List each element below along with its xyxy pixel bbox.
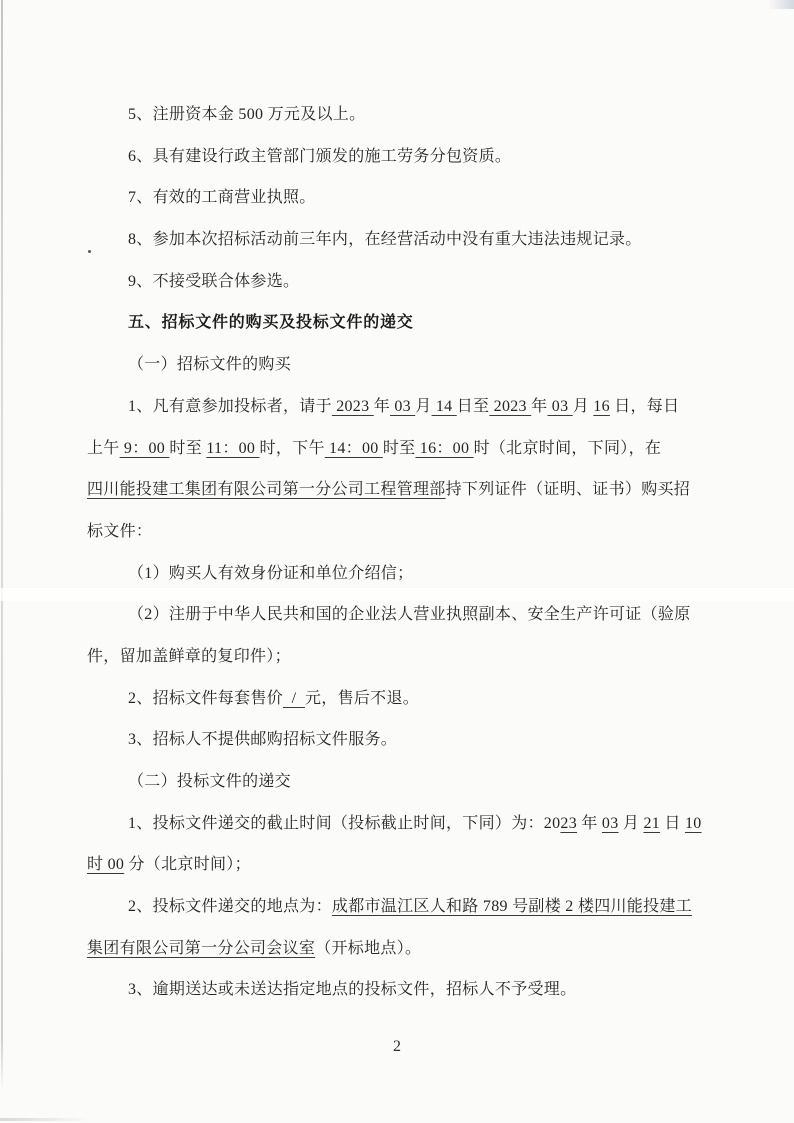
document-line: 2、投标文件递交的地点为：成都市温江区人和路 789 号副楼 2 楼四川能投建工 xyxy=(87,886,747,928)
text-segment: 5、注册资本金 500 万元及以上。 xyxy=(128,106,365,123)
document-line: 1、凡有意参加投标者，请于 2023 年 03 月 14 日至 2023 年 0… xyxy=(87,386,747,428)
document-line: 时 00 分（北京时间）； xyxy=(87,844,747,886)
document-line: 集团有限公司第一分公司会议室（开标地点）。 xyxy=(87,928,747,970)
text-segment: （1）购买人有效身份证和单位介绍信； xyxy=(128,565,413,582)
document-page: 5、注册资本金 500 万元及以上。6、具有建设行政主管部门颁发的施工劳务分包资… xyxy=(0,0,794,1123)
text-segment: 日至 xyxy=(457,398,490,415)
text-segment: 7、有效的工商营业执照。 xyxy=(128,189,316,206)
underlined-fill-value: 2023 xyxy=(489,398,531,415)
underlined-fill-value: 9：00 xyxy=(120,440,170,457)
scan-edge-artifact xyxy=(1,0,3,1092)
text-segment: （一）招标文件的购买 xyxy=(128,356,291,373)
underlined-fill-value: / xyxy=(283,690,305,707)
document-line: 四川能投建工集团有限公司第一分公司工程管理部持下列证件（证明、证书）购买招 xyxy=(87,469,747,511)
text-segment: 年 xyxy=(531,398,547,415)
underlined-fill-value: 集团有限公司第一分公司会议室 xyxy=(87,940,315,957)
underlined-fill-value: 16 xyxy=(593,398,610,415)
text-segment: 上午 xyxy=(87,440,120,457)
underlined-fill-value: 2023 xyxy=(332,398,374,415)
text-segment: （开标地点）。 xyxy=(315,940,421,957)
text-segment: 分（北京时间）； xyxy=(124,856,251,873)
text-segment: 1、凡有意参加投标者，请于 xyxy=(128,398,332,415)
document-line: 7、有效的工商营业执照。 xyxy=(87,177,747,219)
document-body: 5、注册资本金 500 万元及以上。6、具有建设行政主管部门颁发的施工劳务分包资… xyxy=(87,94,747,1011)
underlined-fill-value: 时 00 xyxy=(87,856,124,873)
underlined-fill-value: 成都市温江区人和路 789 号副楼 2 楼四川能投建工 xyxy=(332,898,692,915)
document-line: 件，留加盖鲜章的复印件）； xyxy=(87,636,747,678)
text-segment: 3、逾期送达或未送达指定地点的投标文件，招标人不予受理。 xyxy=(128,981,576,998)
text-segment: 元，售后不退。 xyxy=(305,690,419,707)
text-segment: 2、招标文件每套售价 xyxy=(128,690,283,707)
text-segment: 持下列证件（证明、证书）购买招 xyxy=(446,481,691,498)
text-segment: 月 xyxy=(573,398,594,415)
document-line: 6、具有建设行政主管部门颁发的施工劳务分包资质。 xyxy=(87,136,747,178)
text-segment: 年 xyxy=(374,398,390,415)
document-line: 3、招标人不提供邮购招标文件服务。 xyxy=(87,719,747,761)
underlined-fill-value: 14 xyxy=(432,398,457,415)
document-line: （二）投标文件的递交 xyxy=(87,761,747,803)
document-line: 标文件： xyxy=(87,511,747,553)
document-line: 3、逾期送达或未送达指定地点的投标文件，招标人不予受理。 xyxy=(87,969,747,1011)
underlined-fill-value: 03 xyxy=(602,815,619,832)
text-segment: 标文件： xyxy=(87,523,152,540)
section-heading: 五、招标文件的购买及投标文件的递交 xyxy=(87,302,747,344)
underlined-fill-value: 14：00 xyxy=(325,440,383,457)
document-line: 2、招标文件每套售价 / 元，售后不退。 xyxy=(87,678,747,720)
text-segment: （二）投标文件的递交 xyxy=(128,773,291,790)
underlined-fill-value: 23 xyxy=(560,815,577,832)
text-segment: 时至 xyxy=(169,440,206,457)
text-segment: 五、招标文件的购买及投标文件的递交 xyxy=(128,314,414,331)
text-segment: 月 xyxy=(415,398,431,415)
text-segment: 8、参加本次招标活动前三年内，在经营活动中没有重大违法违规记录。 xyxy=(128,231,642,248)
text-segment: 件，留加盖鲜章的复印件）； xyxy=(87,648,291,665)
text-segment: 时至 xyxy=(383,440,416,457)
text-segment: 2、投标文件递交的地点为： xyxy=(128,898,332,915)
underlined-fill-value: 03 xyxy=(547,398,572,415)
text-segment: （2）注册于中华人民共和国的企业法人营业执照副本、安全生产许可证（验原 xyxy=(128,606,691,623)
underlined-fill-value: 11：00 xyxy=(206,440,259,457)
scan-bottom-smudge xyxy=(0,1118,90,1121)
document-line: 9、不接受联合体参选。 xyxy=(87,261,747,303)
text-segment: 年 xyxy=(577,815,602,832)
text-segment: 日 xyxy=(660,815,685,832)
underlined-fill-value: 21 xyxy=(643,815,660,832)
document-line: 上午 9：00 时至 11：00 时，下午 14：00 时至 16：00 时（北… xyxy=(87,428,747,470)
text-segment: 日，每日 xyxy=(610,398,680,415)
document-line: （1）购买人有效身份证和单位介绍信； xyxy=(87,553,747,595)
text-segment: 月 xyxy=(619,815,644,832)
document-line: 5、注册资本金 500 万元及以上。 xyxy=(87,94,747,136)
document-line: （2）注册于中华人民共和国的企业法人营业执照副本、安全生产许可证（验原 xyxy=(87,594,747,636)
underlined-fill-value: 四川能投建工集团有限公司第一分公司工程管理部 xyxy=(87,481,446,498)
text-segment: 6、具有建设行政主管部门颁发的施工劳务分包资质。 xyxy=(128,148,511,165)
scan-corner-smudge xyxy=(768,0,794,9)
underlined-fill-value: 10 xyxy=(685,815,702,832)
document-line: （一）招标文件的购买 xyxy=(87,344,747,386)
text-segment: 1、投标文件递交的截止时间（投标截止时间，下同）为：20 xyxy=(128,815,560,832)
page-number: 2 xyxy=(0,1026,794,1068)
text-segment: 时，下午 xyxy=(260,440,325,457)
document-line: 1、投标文件递交的截止时间（投标截止时间，下同）为：2023 年 03 月 21… xyxy=(87,803,747,845)
text-segment: 时（北京时间，下同），在 xyxy=(474,440,662,457)
text-segment: 3、招标人不提供邮购招标文件服务。 xyxy=(128,731,397,748)
underlined-fill-value: 16：00 xyxy=(415,440,473,457)
text-segment: 9、不接受联合体参选。 xyxy=(128,273,299,290)
underlined-fill-value: 03 xyxy=(390,398,415,415)
document-line: 8、参加本次招标活动前三年内，在经营活动中没有重大违法违规记录。 xyxy=(87,219,747,261)
